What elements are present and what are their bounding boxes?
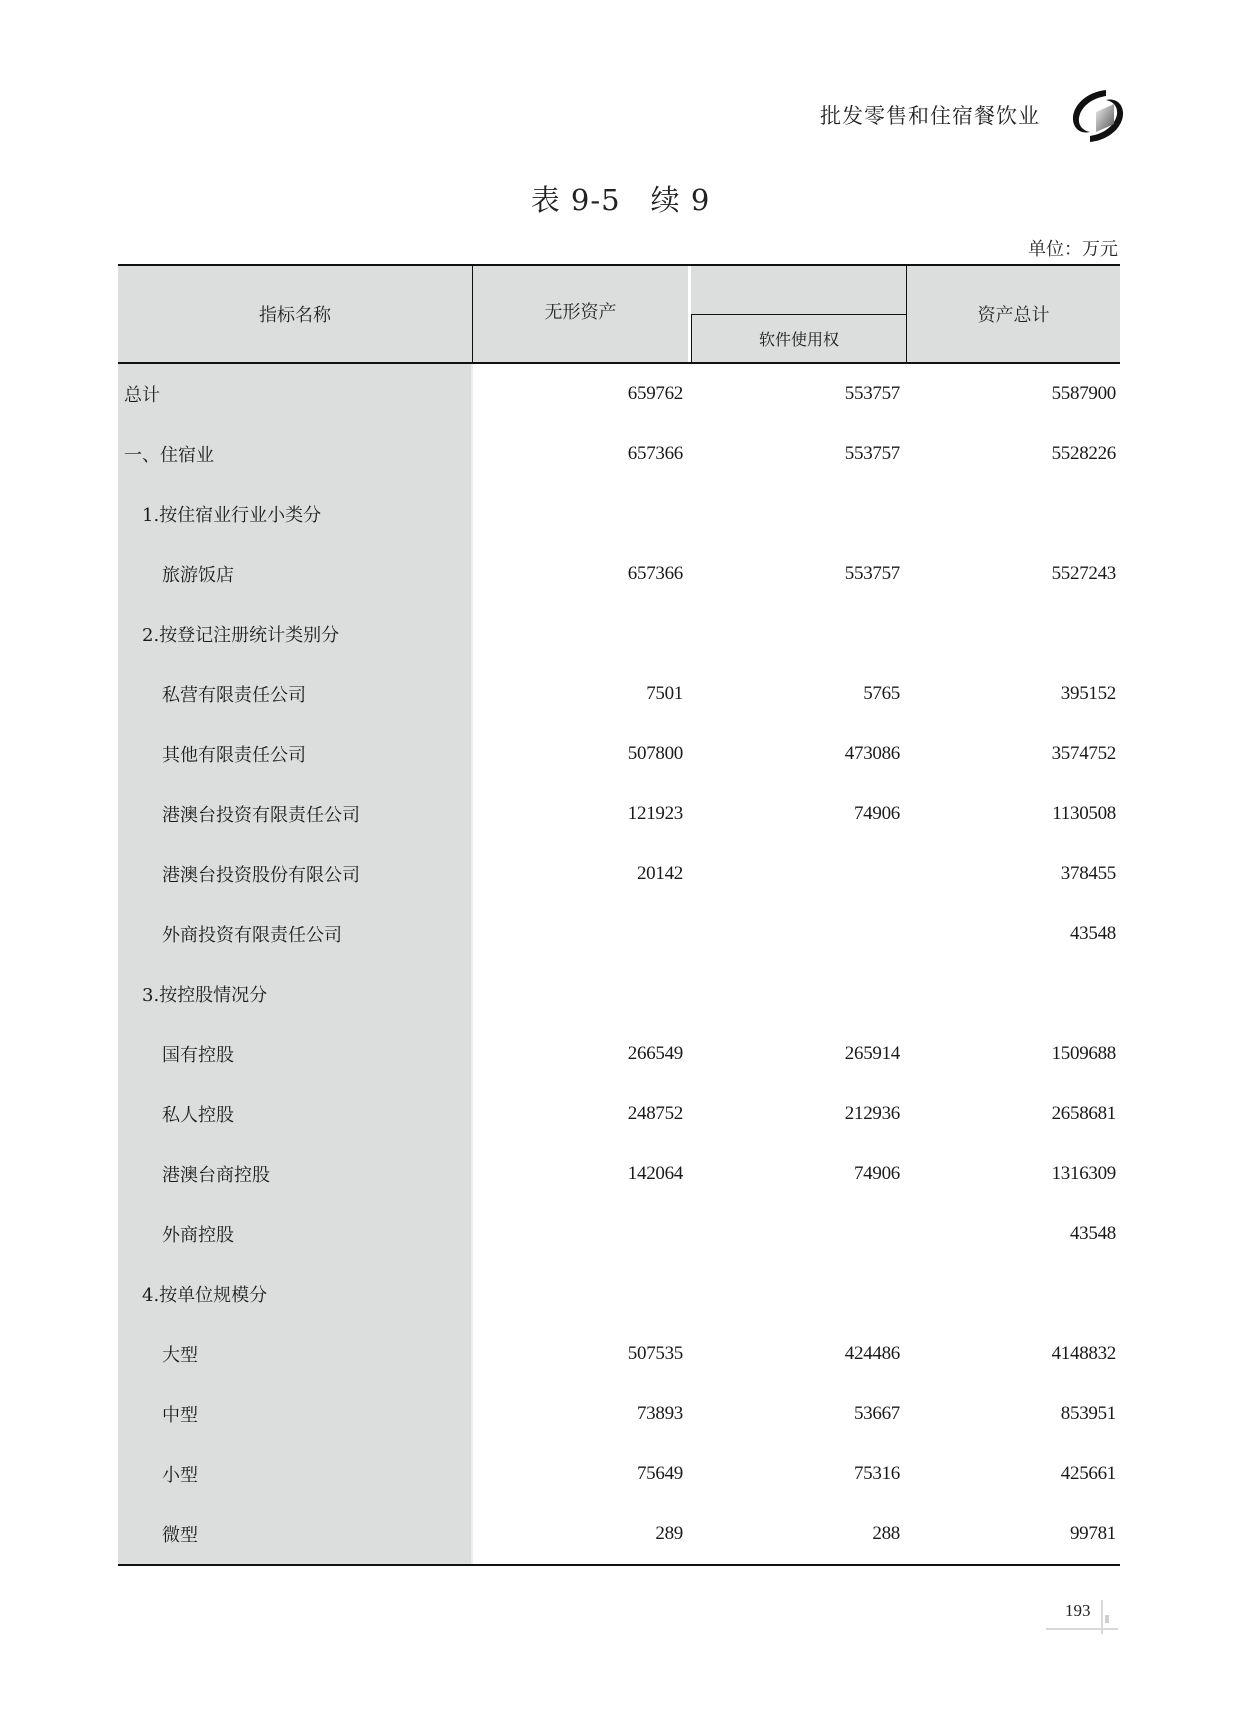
cell-software-rights: 424486 [687, 1343, 904, 1365]
cell-total-assets: 395152 [904, 683, 1120, 705]
cell-total-assets: 99781 [904, 1523, 1120, 1545]
column-group-header: 软件使用权 [691, 266, 907, 362]
column-group-spacer [691, 266, 906, 315]
row-label: 4.按单位规模分 [118, 1281, 472, 1307]
row-label: 旅游饭店 [118, 561, 472, 587]
running-header-title: 批发零售和住宿餐饮业 [820, 100, 1040, 130]
page-number-rule [1046, 1628, 1118, 1630]
column-header-intangible-assets-label: 无形资产 [545, 298, 617, 324]
table-header: 指标名称 无形资产 软件使用权 资产总计 [118, 264, 1120, 364]
cell-software-rights: 288 [687, 1523, 904, 1545]
cell-software-rights: 5765 [687, 683, 904, 705]
row-label: 外商控股 [118, 1221, 472, 1247]
row-label: 3.按控股情况分 [118, 981, 472, 1007]
row-label: 港澳台商控股 [118, 1161, 472, 1187]
cell-intangible-assets: 507535 [472, 1343, 687, 1365]
cell-software-rights: 53667 [687, 1403, 904, 1425]
column-header-total-assets-label: 资产总计 [978, 301, 1050, 327]
table-row: 大型5075354244864148832 [118, 1324, 1120, 1384]
row-label: 外商投资有限责任公司 [118, 921, 472, 947]
row-label: 私人控股 [118, 1101, 472, 1127]
table-row: 一、住宿业6573665537575528226 [118, 424, 1120, 484]
table-row: 港澳台商控股142064749061316309 [118, 1144, 1120, 1204]
table-row: 2.按登记注册统计类别分 [118, 604, 1120, 664]
cell-total-assets: 1509688 [904, 1043, 1120, 1065]
cell-intangible-assets: 507800 [472, 743, 687, 765]
column-header-name-label: 指标名称 [259, 301, 331, 327]
cell-total-assets: 2658681 [904, 1103, 1120, 1125]
row-label: 私营有限责任公司 [118, 681, 472, 707]
cell-intangible-assets: 266549 [472, 1043, 687, 1065]
row-label: 大型 [118, 1341, 472, 1367]
cell-software-rights: 74906 [687, 1163, 904, 1185]
cell-intangible-assets: 289 [472, 1523, 687, 1545]
cell-total-assets: 1130508 [904, 803, 1120, 825]
cell-total-assets: 5528226 [904, 443, 1120, 465]
page-number: 193 [1065, 1601, 1091, 1621]
cell-software-rights: 553757 [687, 383, 904, 405]
cell-software-rights: 473086 [687, 743, 904, 765]
cell-total-assets: 5587900 [904, 383, 1120, 405]
cell-total-assets: 378455 [904, 863, 1120, 885]
table-row: 国有控股2665492659141509688 [118, 1024, 1120, 1084]
table-row: 其他有限责任公司5078004730863574752 [118, 724, 1120, 784]
cell-total-assets: 425661 [904, 1463, 1120, 1485]
row-label: 其他有限责任公司 [118, 741, 472, 767]
data-table: 指标名称 无形资产 软件使用权 资产总计 总计65976255375755879… [118, 264, 1120, 1566]
cell-software-rights: 74906 [687, 803, 904, 825]
table-row: 外商投资有限责任公司43548 [118, 904, 1120, 964]
cell-intangible-assets: 142064 [472, 1163, 687, 1185]
cell-software-rights: 75316 [687, 1463, 904, 1485]
cell-total-assets: 43548 [904, 1223, 1120, 1245]
column-header-software-rights-label: 软件使用权 [759, 327, 839, 350]
cell-total-assets: 1316309 [904, 1163, 1120, 1185]
row-label: 港澳台投资股份有限公司 [118, 861, 472, 887]
cell-total-assets: 43548 [904, 923, 1120, 945]
cell-intangible-assets: 248752 [472, 1103, 687, 1125]
column-header-software-rights: 软件使用权 [691, 315, 906, 362]
table-row: 私人控股2487522129362658681 [118, 1084, 1120, 1144]
cell-intangible-assets: 121923 [472, 803, 687, 825]
table-title: 表 9-5 续 9 [0, 178, 1241, 219]
table-row: 3.按控股情况分 [118, 964, 1120, 1024]
unit-label: 单位：万元 [1028, 235, 1118, 261]
row-label: 国有控股 [118, 1041, 472, 1067]
table-row: 旅游饭店6573665537575527243 [118, 544, 1120, 604]
cell-intangible-assets: 659762 [472, 383, 687, 405]
statistics-bureau-logo-icon [1068, 86, 1128, 146]
row-label: 2.按登记注册统计类别分 [118, 621, 472, 647]
column-header-name: 指标名称 [118, 266, 473, 362]
table-row: 总计6597625537575587900 [118, 364, 1120, 424]
cell-total-assets: 3574752 [904, 743, 1120, 765]
table-row: 中型7389353667853951 [118, 1384, 1120, 1444]
row-label: 一、住宿业 [118, 441, 472, 467]
row-label: 中型 [118, 1401, 472, 1427]
cell-intangible-assets: 657366 [472, 563, 687, 585]
cell-intangible-assets: 20142 [472, 863, 687, 885]
cell-intangible-assets: 657366 [472, 443, 687, 465]
table-row: 外商控股43548 [118, 1204, 1120, 1264]
cell-intangible-assets: 73893 [472, 1403, 687, 1425]
cell-intangible-assets: 7501 [472, 683, 687, 705]
table-row: 港澳台投资有限责任公司121923749061130508 [118, 784, 1120, 844]
table-body: 总计6597625537575587900一、住宿业65736655375755… [118, 364, 1120, 1566]
table-row: 1.按住宿业行业小类分 [118, 484, 1120, 544]
table-row: 微型28928899781 [118, 1504, 1120, 1564]
cell-software-rights: 553757 [687, 563, 904, 585]
table-row: 4.按单位规模分 [118, 1264, 1120, 1324]
cell-total-assets: 5527243 [904, 563, 1120, 585]
cell-software-rights: 212936 [687, 1103, 904, 1125]
cell-total-assets: 4148832 [904, 1343, 1120, 1365]
cell-software-rights: 553757 [687, 443, 904, 465]
row-label: 微型 [118, 1521, 472, 1547]
table-row: 私营有限责任公司75015765395152 [118, 664, 1120, 724]
row-label: 总计 [118, 381, 472, 407]
page-edge-mark [1105, 1615, 1109, 1623]
table-row: 小型7564975316425661 [118, 1444, 1120, 1504]
table-row: 港澳台投资股份有限公司20142378455 [118, 844, 1120, 904]
cell-total-assets: 853951 [904, 1403, 1120, 1425]
page-number-divider [1101, 1600, 1103, 1634]
column-header-intangible-assets: 无形资产 [473, 266, 691, 362]
cell-software-rights: 265914 [687, 1043, 904, 1065]
row-label: 1.按住宿业行业小类分 [118, 501, 472, 527]
row-label: 小型 [118, 1461, 472, 1487]
cell-intangible-assets: 75649 [472, 1463, 687, 1485]
row-label: 港澳台投资有限责任公司 [118, 801, 472, 827]
column-header-total-assets: 资产总计 [907, 266, 1120, 362]
